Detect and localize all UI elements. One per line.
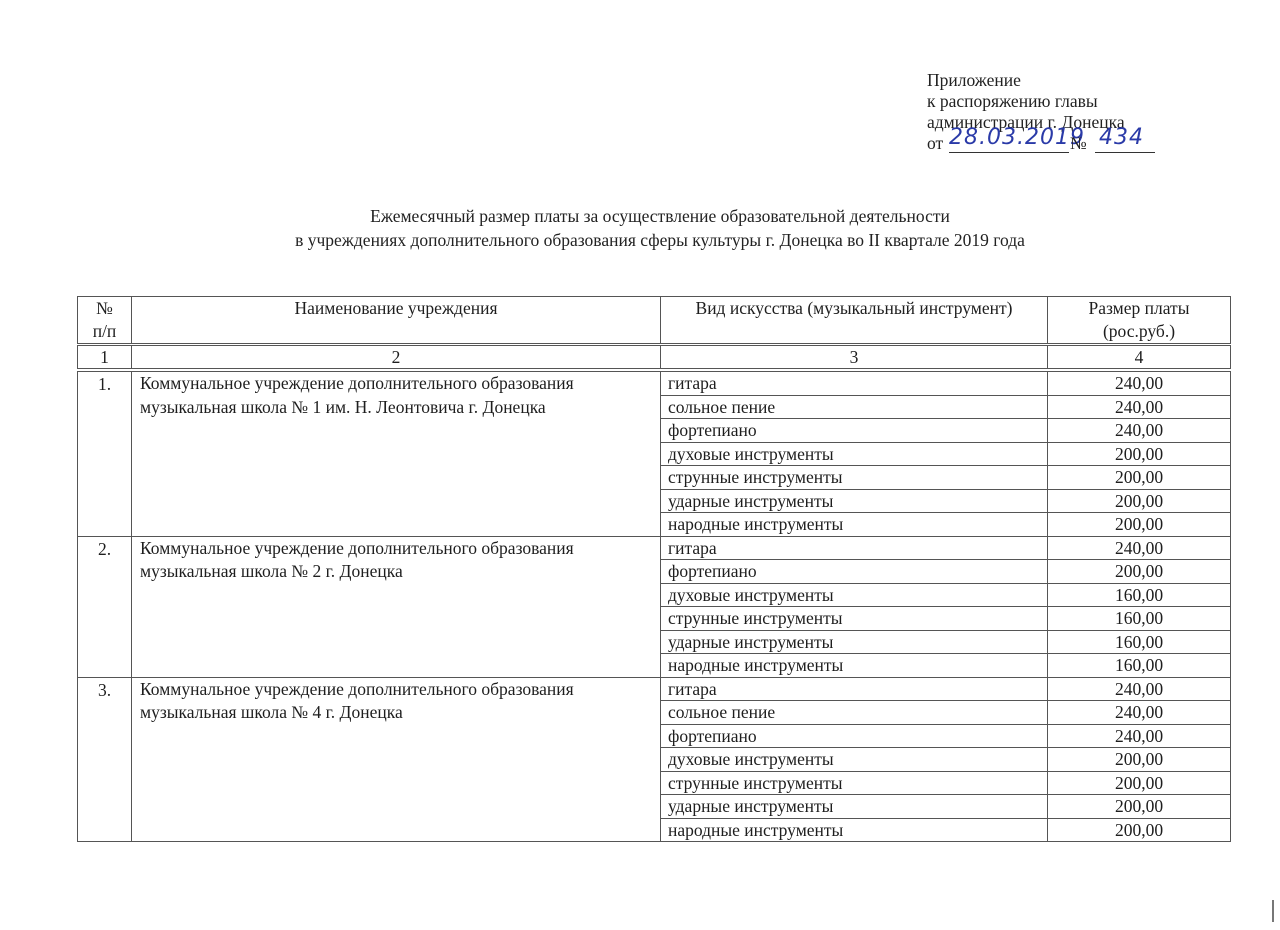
fee-amount: 160,00: [1048, 607, 1231, 631]
art-type: струнные инструменты: [661, 466, 1048, 490]
column-number-3: 3: [661, 346, 1048, 369]
header-num: № п/п: [78, 297, 132, 344]
header-row: № п/п Наименование учреждения Вид искусс…: [78, 297, 1231, 344]
art-type: фортепиано: [661, 560, 1048, 584]
art-type: духовые инструменты: [661, 748, 1048, 772]
fees-table-body: 1.Коммунальное учреждение дополнительног…: [77, 371, 1231, 842]
fee-amount: 160,00: [1048, 654, 1231, 678]
from-label: от: [927, 133, 943, 153]
art-type: духовые инструменты: [661, 583, 1048, 607]
art-type: ударные инструменты: [661, 489, 1048, 513]
column-number-1: 1: [78, 346, 132, 369]
institution-name: Коммунальное учреждение дополнительного …: [132, 536, 661, 677]
appendix-title: Приложение: [927, 70, 1125, 91]
institution-number: 1.: [78, 372, 132, 537]
column-numbers-row: 1 2 3 4: [77, 345, 1231, 369]
fee-amount: 160,00: [1048, 583, 1231, 607]
header-num-line1: №: [84, 297, 125, 320]
art-type: духовые инструменты: [661, 442, 1048, 466]
institution-number: 2.: [78, 536, 132, 677]
column-number-row: 1 2 3 4: [78, 346, 1231, 369]
fee-amount: 240,00: [1048, 372, 1231, 396]
table-row: 2.Коммунальное учреждение дополнительног…: [78, 536, 1231, 560]
art-type: струнные инструменты: [661, 771, 1048, 795]
fee-amount: 240,00: [1048, 701, 1231, 725]
appendix-line-order: к распоряжению главы: [927, 91, 1125, 112]
column-number-4: 4: [1048, 346, 1231, 369]
art-type: фортепиано: [661, 724, 1048, 748]
handwritten-number: 434: [1099, 127, 1144, 148]
table-row: 3.Коммунальное учреждение дополнительног…: [78, 677, 1231, 701]
art-type: народные инструменты: [661, 818, 1048, 842]
fee-amount: 240,00: [1048, 677, 1231, 701]
art-type: сольное пение: [661, 395, 1048, 419]
art-type: струнные инструменты: [661, 607, 1048, 631]
art-type: ударные инструменты: [661, 795, 1048, 819]
fee-amount: 200,00: [1048, 489, 1231, 513]
column-number-2: 2: [132, 346, 661, 369]
fee-amount: 200,00: [1048, 560, 1231, 584]
appendix-block: Приложение к распоряжению главы админист…: [927, 70, 1125, 154]
fee-amount: 200,00: [1048, 442, 1231, 466]
fee-amount: 240,00: [1048, 419, 1231, 443]
table-row: 1.Коммунальное учреждение дополнительног…: [78, 372, 1231, 396]
institution-name: Коммунальное учреждение дополнительного …: [132, 677, 661, 842]
art-type: народные инструменты: [661, 513, 1048, 537]
fee-amount: 160,00: [1048, 630, 1231, 654]
art-type: гитара: [661, 372, 1048, 396]
fee-amount: 240,00: [1048, 395, 1231, 419]
art-type: гитара: [661, 536, 1048, 560]
fee-amount: 200,00: [1048, 818, 1231, 842]
art-type: ударные инструменты: [661, 630, 1048, 654]
scan-edge-mark: [1272, 900, 1274, 922]
header-num-line2: п/п: [84, 320, 125, 343]
fee-amount: 200,00: [1048, 466, 1231, 490]
institution-number: 3.: [78, 677, 132, 842]
fee-amount: 240,00: [1048, 536, 1231, 560]
header-fee: Размер платы (рос.руб.): [1048, 297, 1231, 344]
number-underline: [1095, 152, 1155, 153]
header-fee-line2: (рос.руб.): [1054, 320, 1224, 343]
header-art: Вид искусства (музыкальный инструмент): [661, 297, 1048, 344]
fee-amount: 200,00: [1048, 513, 1231, 537]
fee-amount: 200,00: [1048, 748, 1231, 772]
header-name: Наименование учреждения: [132, 297, 661, 344]
date-underline: [949, 152, 1069, 153]
fee-amount: 200,00: [1048, 771, 1231, 795]
art-type: фортепиано: [661, 419, 1048, 443]
document-title-line-2: в учреждениях дополнительного образовани…: [0, 228, 1280, 252]
fee-amount: 200,00: [1048, 795, 1231, 819]
fees-table-rows: 1.Коммунальное учреждение дополнительног…: [78, 372, 1231, 842]
number-label: №: [1070, 133, 1087, 154]
art-type: сольное пение: [661, 701, 1048, 725]
fee-amount: 240,00: [1048, 724, 1231, 748]
handwritten-date: 28.03.2019: [949, 127, 1085, 148]
appendix-date-number-line: от 28.03.2019 № 434: [927, 133, 1125, 154]
header-fee-line1: Размер платы: [1054, 297, 1224, 320]
art-type: народные инструменты: [661, 654, 1048, 678]
table-header: № п/п Наименование учреждения Вид искусс…: [77, 296, 1231, 344]
document-title-line-1: Ежемесячный размер платы за осуществлени…: [0, 204, 1280, 228]
art-type: гитара: [661, 677, 1048, 701]
institution-name: Коммунальное учреждение дополнительного …: [132, 372, 661, 537]
